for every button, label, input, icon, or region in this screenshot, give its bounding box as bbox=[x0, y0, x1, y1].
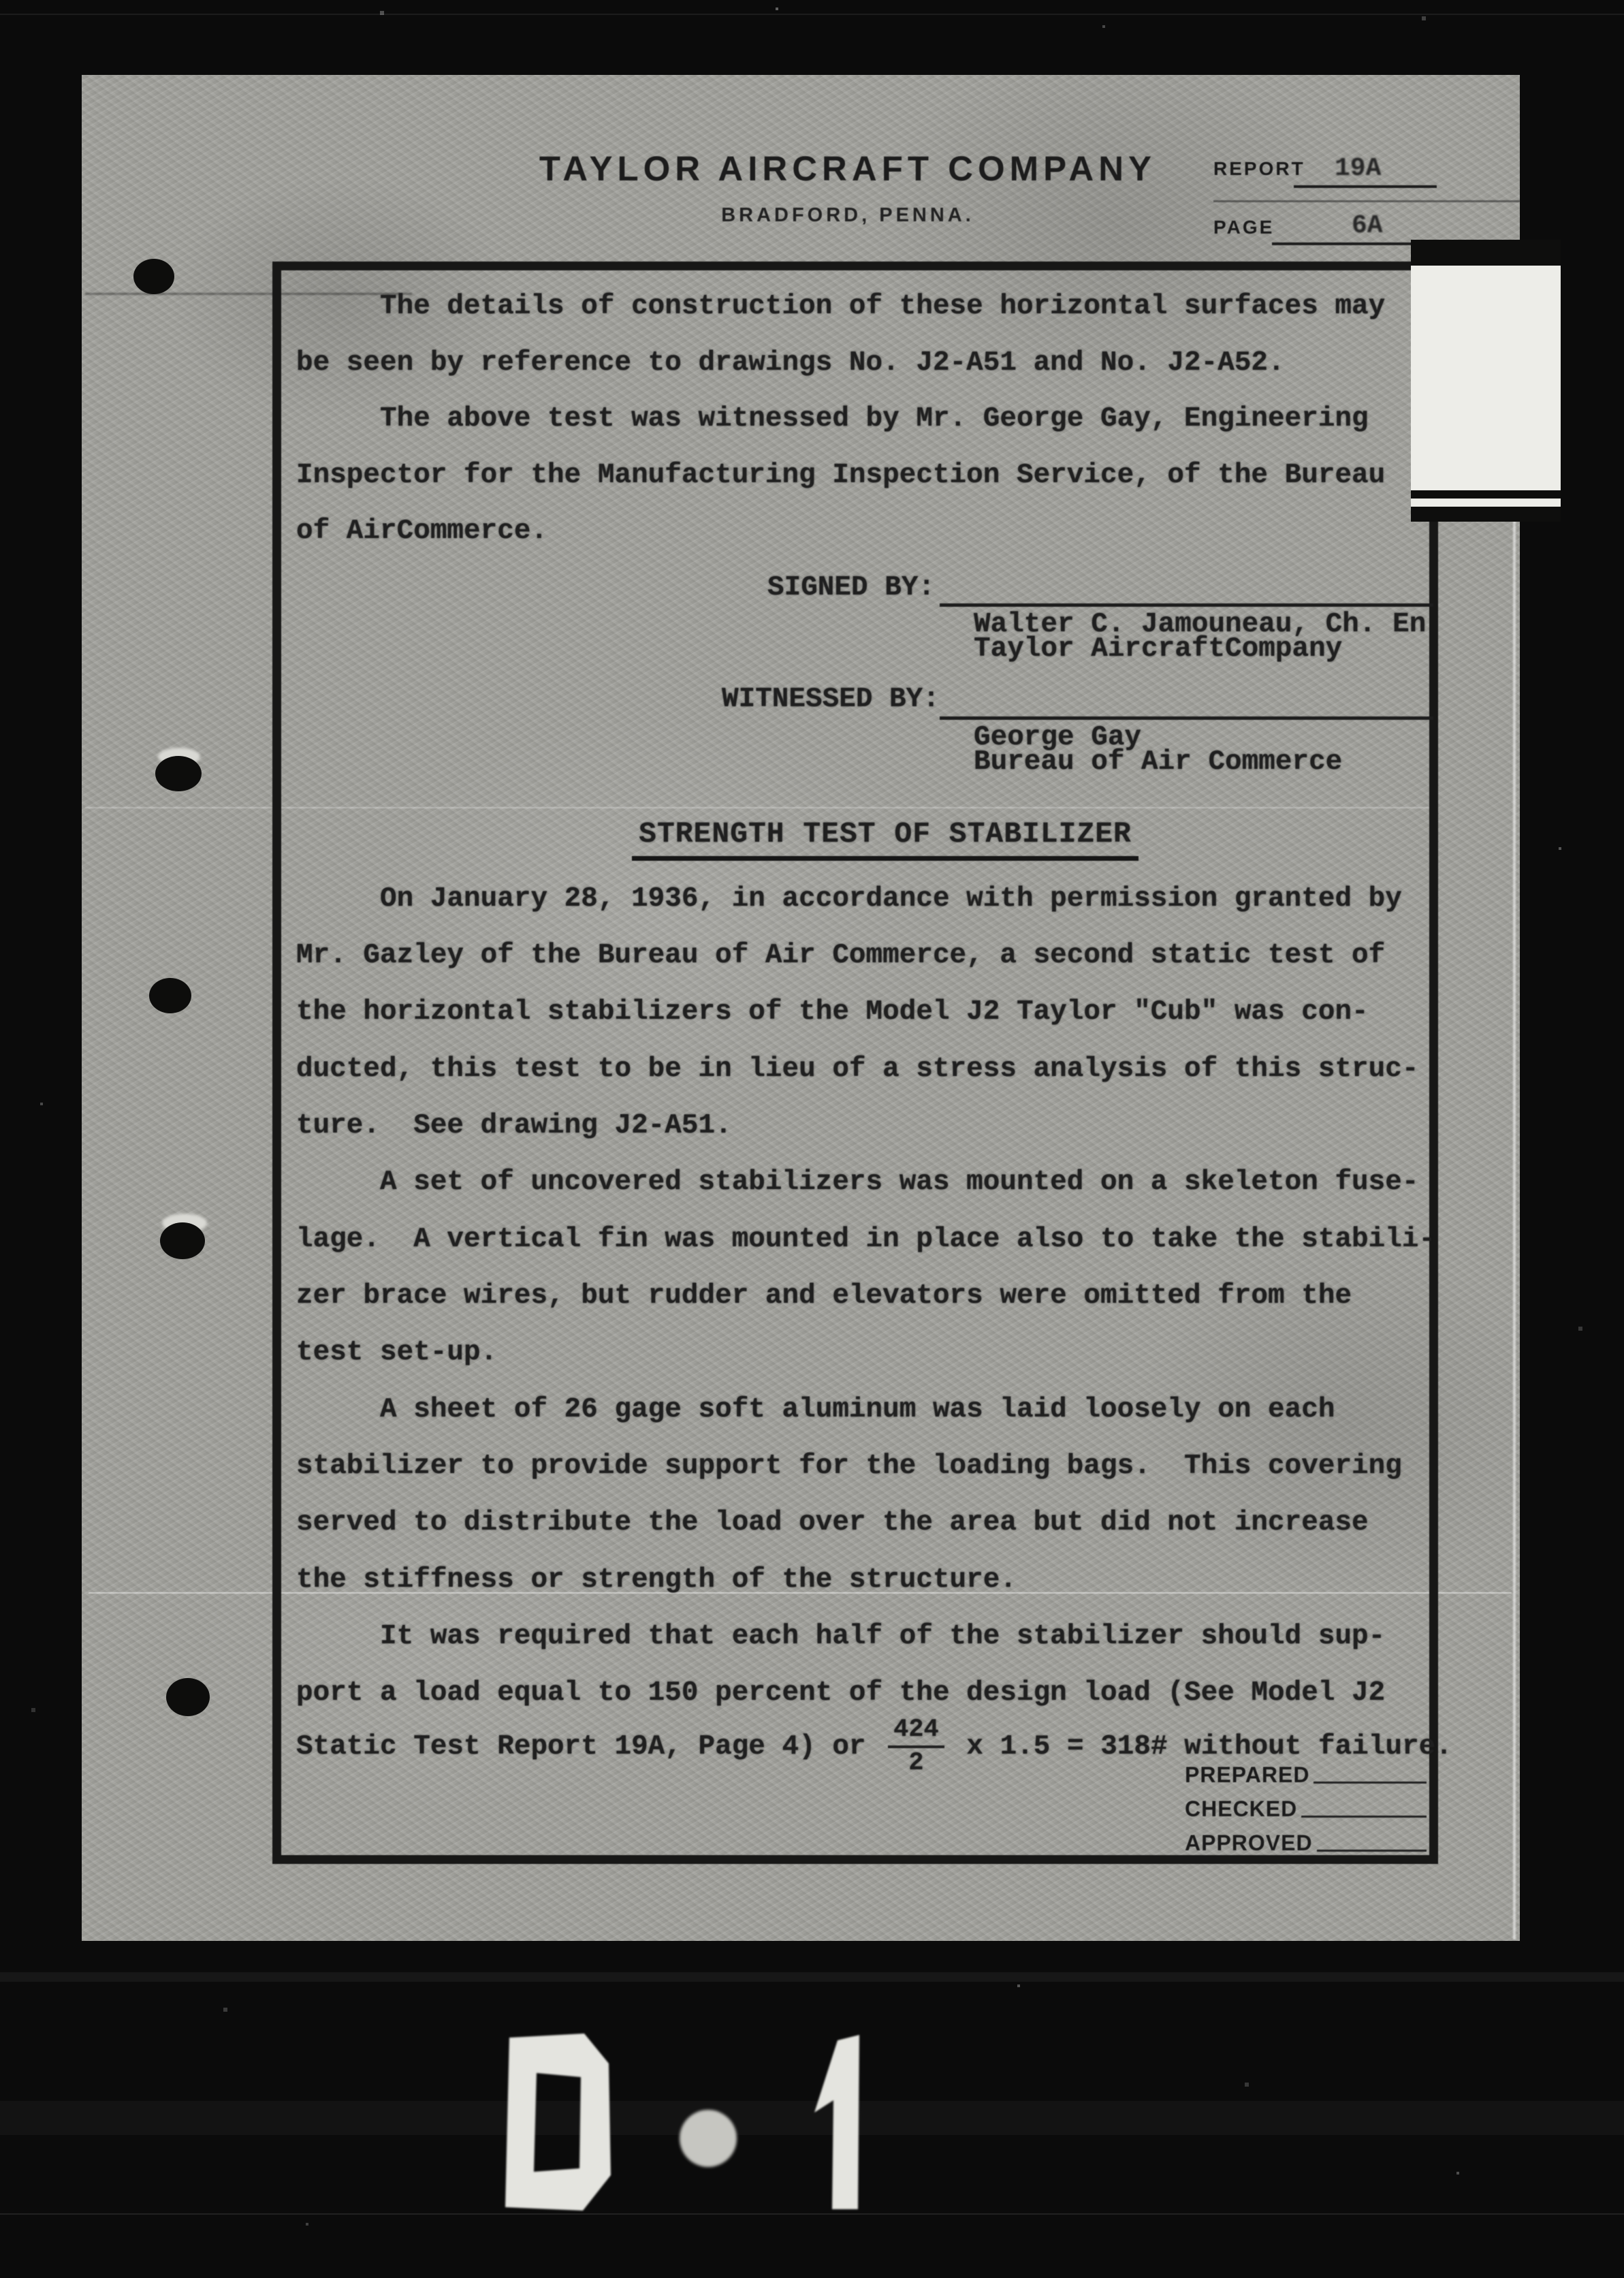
witnessed-by-label: WITNESSED BY: bbox=[722, 682, 940, 716]
approval-block: PREPARED CHECKED APPROVED bbox=[1185, 1754, 1427, 1856]
report-underline bbox=[1294, 185, 1437, 188]
punch-hole bbox=[133, 259, 174, 294]
typed-text-line: The above test was witnessed by Mr. Geor… bbox=[296, 402, 1369, 436]
ruled-line bbox=[1213, 200, 1520, 202]
company-location: BRADFORD, PENNA. bbox=[439, 204, 1256, 227]
typed-text-line: the stiffness or strength of the structu… bbox=[296, 1563, 1017, 1597]
typed-text-line: A set of uncovered stabilizers was mount… bbox=[296, 1165, 1418, 1199]
typed-text-line: Mr. Gazley of the Bureau of Air Commerce… bbox=[296, 938, 1385, 972]
signature-line bbox=[940, 716, 1433, 720]
page-label: PAGE bbox=[1213, 217, 1274, 238]
punch-hole bbox=[160, 1222, 205, 1259]
typed-text-line: A sheet of 26 gage soft aluminum was lai… bbox=[296, 1393, 1335, 1427]
typed-text-line: ture. See drawing J2-A51. bbox=[296, 1109, 732, 1143]
signature-line bbox=[940, 603, 1433, 607]
stencil-letter-d bbox=[504, 2034, 611, 2212]
film-splice-tab bbox=[1411, 240, 1561, 522]
report-label: REPORT bbox=[1213, 158, 1305, 180]
typed-text-line: Inspector for the Manufacturing Inspecti… bbox=[296, 458, 1385, 492]
approved-row: APPROVED bbox=[1185, 1822, 1427, 1856]
formula-pre: Static Test Report 19A, Page 4) or bbox=[296, 1731, 882, 1762]
typed-text-line: The details of construction of these hor… bbox=[296, 289, 1385, 323]
typed-text-line: port a load equal to 150 percent of the … bbox=[296, 1676, 1385, 1710]
section-heading: STRENGTH TEST OF STABILIZER bbox=[632, 817, 1139, 861]
typed-text-line: stabilizer to provide support for the lo… bbox=[296, 1449, 1402, 1483]
prepared-label: PREPARED bbox=[1185, 1762, 1309, 1788]
punch-hole bbox=[155, 756, 202, 791]
tab-band bbox=[1411, 240, 1561, 266]
prepared-blank-line bbox=[1313, 1782, 1427, 1784]
film-streak bbox=[0, 2213, 1624, 2215]
checked-label: CHECKED bbox=[1185, 1797, 1297, 1822]
signed-by-label: SIGNED BY: bbox=[767, 571, 935, 605]
signed-org: Taylor AircraftCompany bbox=[974, 632, 1342, 666]
typed-text-line: served to distribute the load over the a… bbox=[296, 1506, 1369, 1540]
report-value: 19A bbox=[1335, 154, 1381, 183]
fraction: 424 2 bbox=[888, 1716, 944, 1777]
tab-band bbox=[1411, 490, 1561, 499]
prepared-row: PREPARED bbox=[1185, 1754, 1427, 1788]
punch-hole bbox=[166, 1678, 210, 1716]
stencil-digit-1 bbox=[808, 2035, 863, 2211]
film-streak bbox=[0, 1972, 1624, 1982]
stencil-dot bbox=[680, 2110, 737, 2167]
approved-label: APPROVED bbox=[1185, 1831, 1313, 1856]
film-speckles bbox=[0, 0, 1, 1]
section-heading-wrap: STRENGTH TEST OF STABILIZER bbox=[613, 817, 1158, 861]
witnessed-org: Bureau of Air Commerce bbox=[974, 745, 1342, 779]
fraction-numerator: 424 bbox=[888, 1716, 944, 1748]
typed-text-line: test set-up. bbox=[296, 1335, 497, 1370]
fraction-denominator: 2 bbox=[908, 1748, 923, 1777]
microfilm-frame: TAYLOR AIRCRAFT COMPANY BRADFORD, PENNA.… bbox=[0, 0, 1624, 2278]
typed-text-line: zer brace wires, but rudder and elevator… bbox=[296, 1279, 1352, 1313]
typed-text-line: lage. A vertical fin was mounted in plac… bbox=[296, 1222, 1435, 1256]
tab-band bbox=[1411, 507, 1561, 522]
punch-hole bbox=[149, 978, 191, 1013]
typed-text-line: of AirCommerce. bbox=[296, 514, 547, 548]
film-streak bbox=[0, 14, 1624, 15]
checked-blank-line bbox=[1301, 1816, 1427, 1818]
typed-text-line: the horizontal stabilizers of the Model … bbox=[296, 995, 1369, 1029]
typed-text-line: ducted, this test to be in lieu of a str… bbox=[296, 1052, 1418, 1086]
typed-text-line: On January 28, 1936, in accordance with … bbox=[296, 882, 1402, 916]
approved-blank-line bbox=[1317, 1850, 1427, 1852]
checked-row: CHECKED bbox=[1185, 1788, 1427, 1822]
company-name: TAYLOR AIRCRAFT COMPANY bbox=[439, 148, 1256, 189]
page-value: 6A bbox=[1352, 211, 1383, 240]
typed-text-line: be seen by reference to drawings No. J2-… bbox=[296, 346, 1285, 380]
typed-text-line: It was required that each half of the st… bbox=[296, 1619, 1385, 1654]
